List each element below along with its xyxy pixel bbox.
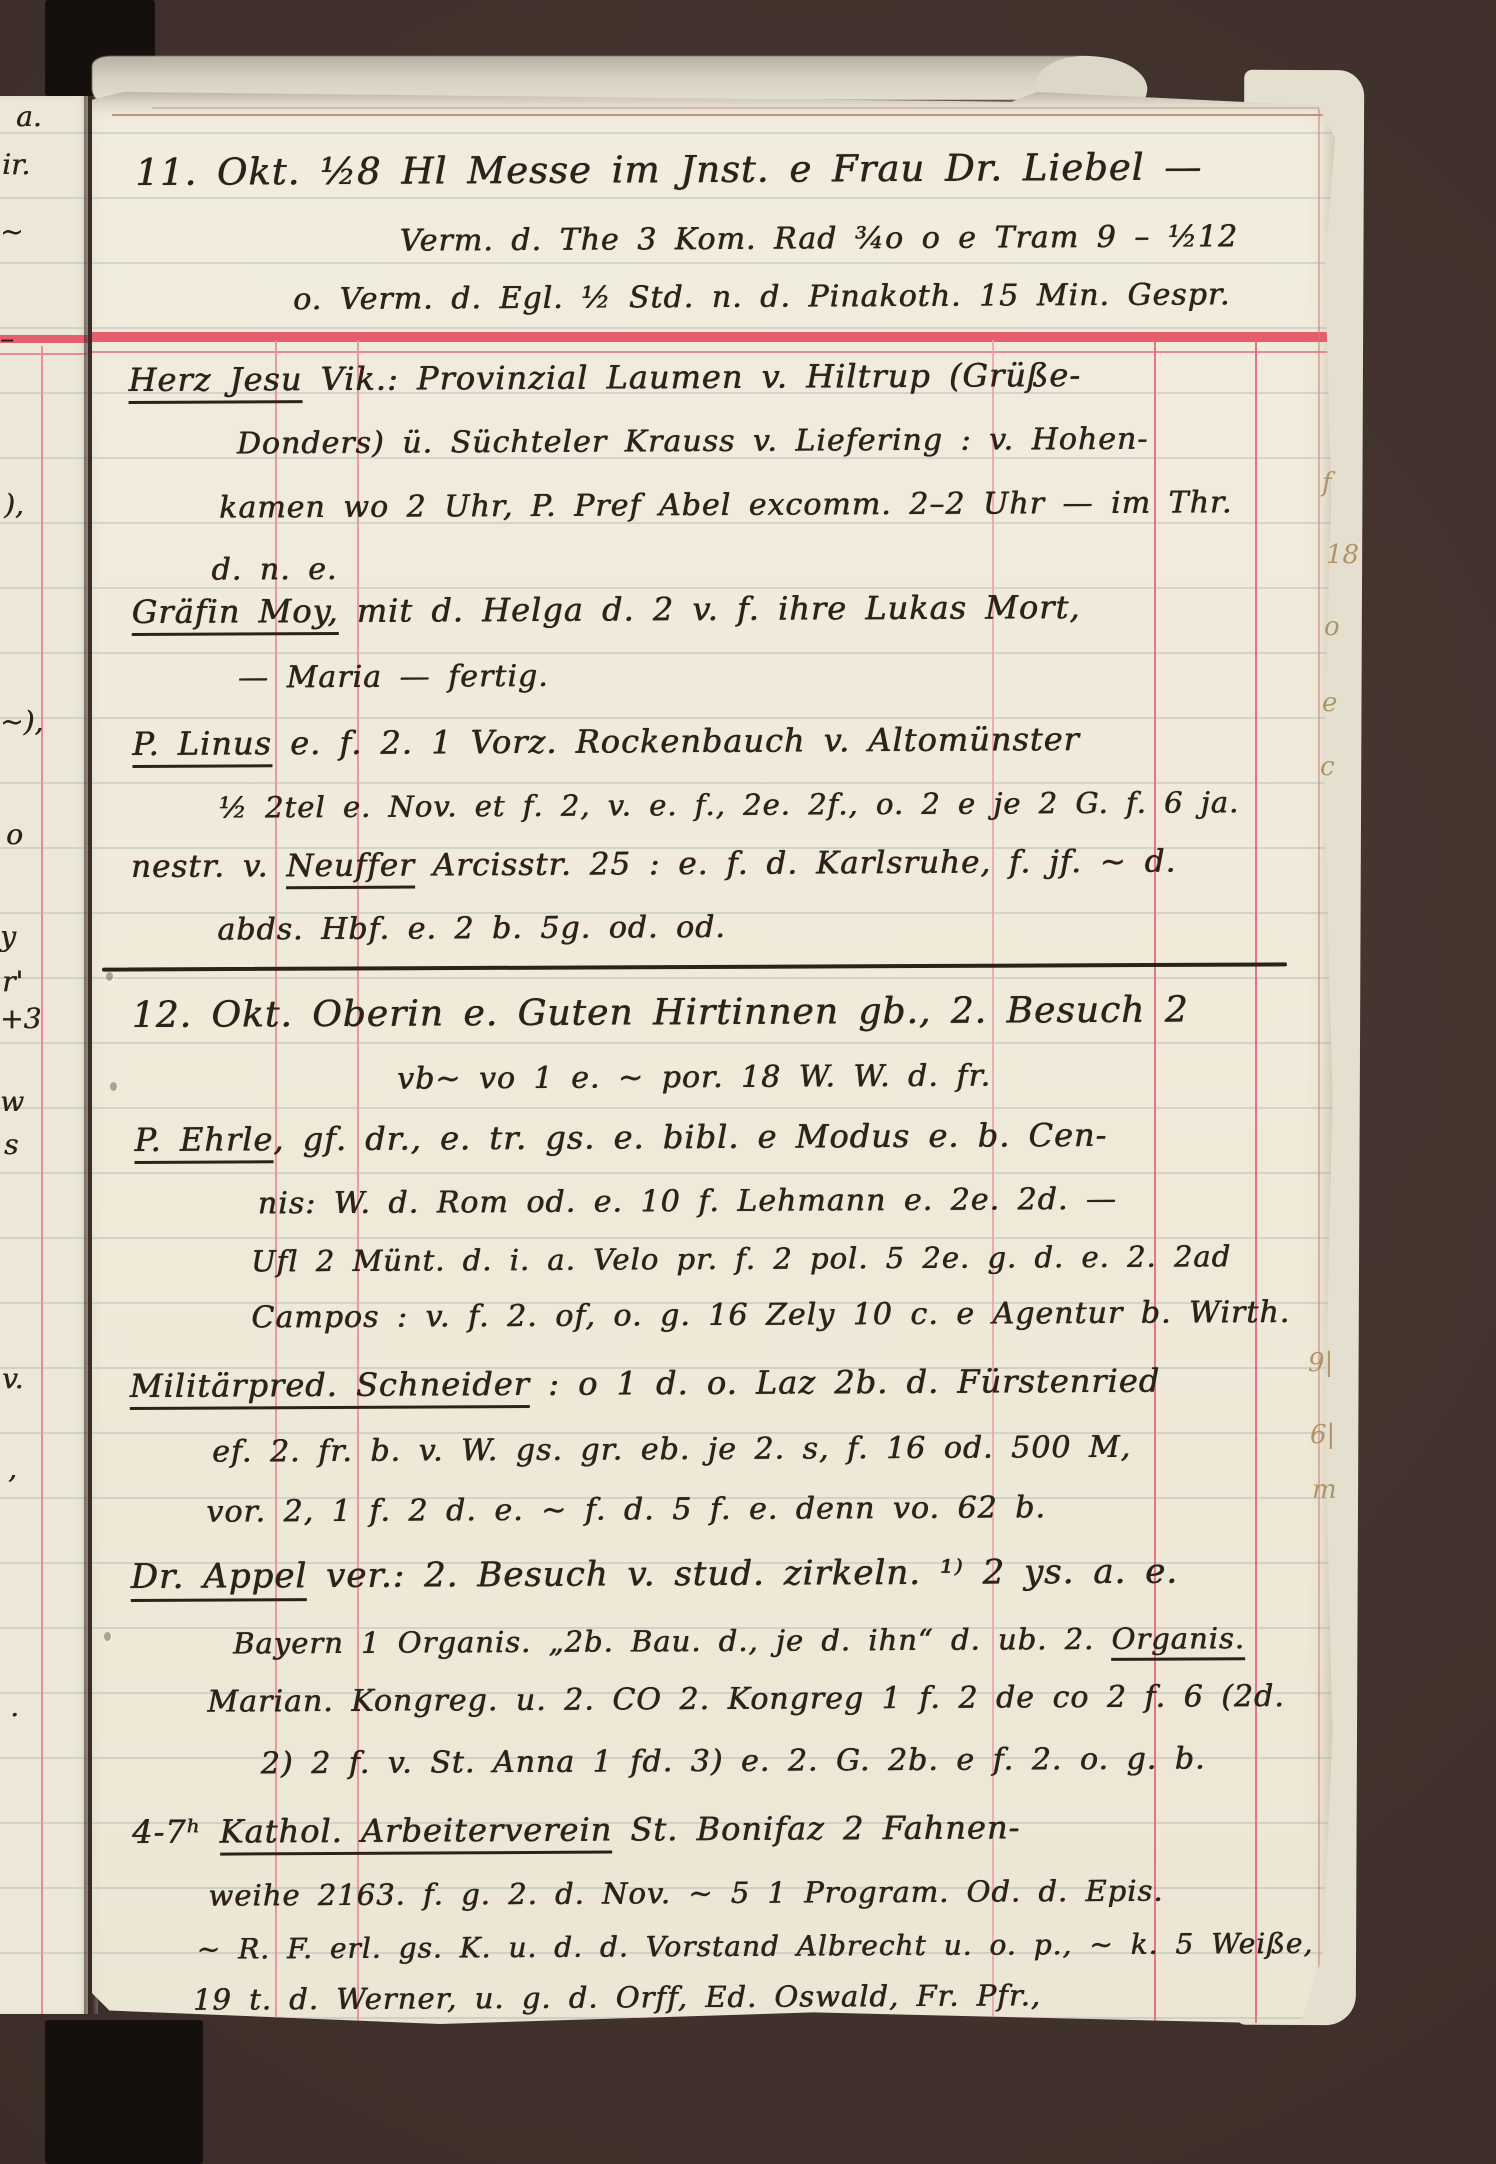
- edge-text-fragment: o: [6, 818, 23, 851]
- bleedthrough-mark: c: [1320, 752, 1335, 782]
- handwriting-line: 4-7ʰ Kathol. Arbeiterverein St. Bonifaz …: [132, 1808, 1020, 1851]
- handwriting-line: kamen wo 2 Uhr, P. Pref Abel excomm. 2–2…: [219, 485, 1232, 525]
- handwriting-layer: 11. Okt. ½8 Hl Messe im Jnst. e Frau Dr.…: [87, 89, 1340, 2027]
- bleedthrough-mark: m: [1312, 1475, 1337, 1505]
- handwriting-line: Verm. d. The 3 Kom. Rad ¾o o e Tram 9 – …: [400, 219, 1238, 258]
- handwriting-line: 11. Okt. ½8 Hl Messe im Jnst. e Frau Dr.…: [135, 145, 1202, 194]
- bleedthrough-mark: f: [1322, 468, 1332, 498]
- bleedthrough-mark: 18: [1326, 540, 1359, 570]
- edge-text-fragment: y: [0, 920, 16, 953]
- handwriting-line: abds. Hbf. e. 2 b. 5g. od. od.: [217, 910, 726, 948]
- edge-text-fragment: s: [4, 1128, 18, 1161]
- handwriting-line: Herz Jesu Vik.: Provinzial Laumen v. Hil…: [128, 356, 1081, 399]
- diary-page: 11. Okt. ½8 Hl Messe im Jnst. e Frau Dr.…: [92, 92, 1335, 2024]
- handwriting-line: ef. 2. fr. b. v. W. gs. gr. eb. je 2. s,…: [212, 1430, 1131, 1470]
- handwriting-line: Donders) ü. Süchteler Krauss v. Lieferin…: [237, 422, 1149, 462]
- book-spine-bottom: [45, 2020, 203, 2164]
- bleedthrough-mark: e: [1322, 688, 1337, 718]
- handwriting-line: Militärpred. Schneider : o 1 d. o. Laz 2…: [130, 1362, 1161, 1405]
- bleedthrough-mark: 6|: [1310, 1420, 1335, 1450]
- handwriting-line: — Maria — fertig.: [238, 659, 549, 696]
- edge-text-fragment: ),: [4, 488, 24, 521]
- edge-text-fragment: v.: [2, 1362, 23, 1395]
- bleedthrough-mark: o: [1324, 612, 1340, 642]
- handwriting-line: 12. Okt. Oberin e. Guten Hirtinnen gb., …: [132, 990, 1189, 1037]
- handwriting-line: vor. 2, 1 f. 2 d. e. ~ f. d. 5 f. e. den…: [206, 1490, 1046, 1529]
- edge-text-fragment: .: [10, 1690, 19, 1723]
- handwriting-line: nis: W. d. Rom od. e. 10 f. Lehmann e. 2…: [258, 1182, 1117, 1221]
- handwriting-line: Marian. Kongreg. u. 2. CO 2. Kongreg 1 f…: [207, 1679, 1285, 1720]
- edge-text-fragment: ~),: [0, 705, 43, 738]
- ruled-lines: [0, 132, 88, 2014]
- edge-text-fragment: a.: [16, 100, 42, 133]
- edge-text-fragment: ,: [8, 1452, 17, 1485]
- facing-page-edge: a.ir.~–),~),oyr'+3wsv.,.: [0, 96, 88, 2014]
- handwriting-line: P. Ehrle, gf. dr., e. tr. gs. e. bibl. e…: [134, 1116, 1107, 1159]
- red-vertical-rule: [41, 346, 43, 2014]
- edge-text-fragment: –: [0, 322, 14, 355]
- handwriting-line: 19 t. d. Werner, u. g. d. Orff, Ed. Oswa…: [193, 1978, 1041, 2016]
- handwriting-line: o. Verm. d. Egl. ½ Std. n. d. Pinakoth. …: [293, 277, 1231, 317]
- edge-text-fragment: +3: [0, 1002, 41, 1035]
- bleedthrough-mark: 9|: [1308, 1348, 1333, 1378]
- scanned-diary-page: a.ir.~–),~),oyr'+3wsv.,. 11. Okt. ½8 Hl …: [0, 0, 1496, 2164]
- handwriting-line: P. Linus e. f. 2. 1 Vorz. Rockenbauch v.…: [132, 720, 1080, 763]
- handwriting-line: Campos : v. f. 2. of, o. g. 16 Zely 10 c…: [251, 1295, 1290, 1335]
- handwriting-line: Ufl 2 Münt. d. i. a. Velo pr. f. 2 pol. …: [251, 1239, 1231, 1278]
- handwriting-line: weihe 2163. f. g. 2. d. Nov. ~ 5 1 Progr…: [208, 1874, 1163, 1913]
- handwriting-line: nestr. v. Neuffer Arcisstr. 25 : e. f. d…: [131, 844, 1176, 885]
- handwriting-line: d. n. e.: [211, 552, 337, 588]
- edge-text-fragment: r': [2, 965, 23, 998]
- handwriting-line: ½ 2tel e. Nov. et f. 2, v. e. f., 2e. 2f…: [219, 785, 1240, 824]
- handwriting-line: Dr. Appel ver.: 2. Besuch v. stud. zirke…: [131, 1552, 1178, 1597]
- handwriting-line: 2) 2 f. v. St. Anna 1 fd. 3) e. 2. G. 2b…: [261, 1741, 1206, 1781]
- edge-text-fragment: ir.: [2, 148, 30, 181]
- handwriting-line: vb~ vo 1 e. ~ por. 18 W. W. d. fr.: [397, 1059, 991, 1097]
- handwriting-line: Bayern 1 Organis. „2b. Bau. d., je d. ih…: [233, 1621, 1245, 1660]
- edge-text-fragment: w: [0, 1085, 24, 1118]
- edge-text-fragment: ~: [0, 215, 23, 248]
- handwriting-line: Gräfin Moy, mit d. Helga d. 2 v. f. ihre…: [132, 588, 1081, 631]
- handwriting-line: ~ R. F. erl. gs. K. u. d. d. Vorstand Al…: [197, 1927, 1314, 1966]
